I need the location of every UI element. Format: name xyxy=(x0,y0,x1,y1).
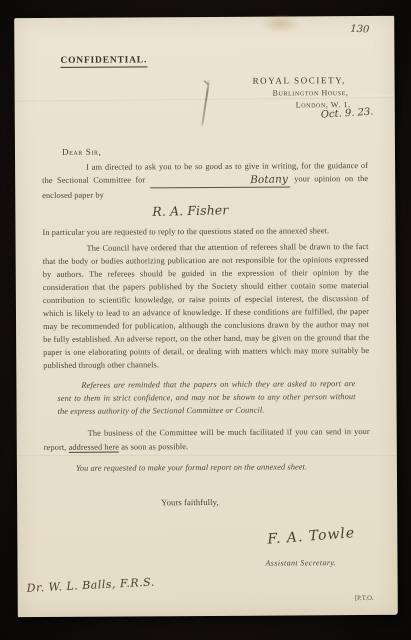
committee-fill-line: Botany xyxy=(150,173,290,188)
closing-valediction: Yours faithfully, xyxy=(161,495,370,509)
paragraph-opening: I am directed to ask you to be so good a… xyxy=(42,159,368,202)
paragraph-formal-report-note: You are requested to make your formal re… xyxy=(76,460,370,475)
paragraph-council-instructions: The Council have ordered that the attent… xyxy=(43,241,370,372)
salutation: Dear Sir, xyxy=(62,144,368,159)
paragraph-send-report: The business of the Committee will be mu… xyxy=(44,425,370,454)
handwritten-author-name: R. A. Fisher xyxy=(42,200,338,220)
handwritten-signature: F. A. Towle xyxy=(267,525,356,548)
letter-page: 130 CONFIDENTIAL. ROYAL SOCIETY, Burling… xyxy=(14,16,398,617)
letter-body: Dear Sir, I am directed to ask you to be… xyxy=(41,16,370,510)
signature-title: Assistant Secretary. xyxy=(265,558,336,567)
paragraph-confidence-notice: Referees are reminded that the papers on… xyxy=(57,378,355,419)
paragraph-send-report-text-after: as soon as possible. xyxy=(121,442,188,451)
pto-note: [P.T.O. xyxy=(355,595,374,602)
handwritten-addressee: Dr. W. L. Balls, F.R.S. xyxy=(26,576,155,595)
addressed-here-underlined: addressed here xyxy=(69,442,120,453)
photo-background: 130 CONFIDENTIAL. ROYAL SOCIETY, Burling… xyxy=(0,0,411,640)
handwritten-committee-name: Botany xyxy=(206,174,288,189)
paragraph-questions: In particular you are requested to reply… xyxy=(42,224,368,239)
